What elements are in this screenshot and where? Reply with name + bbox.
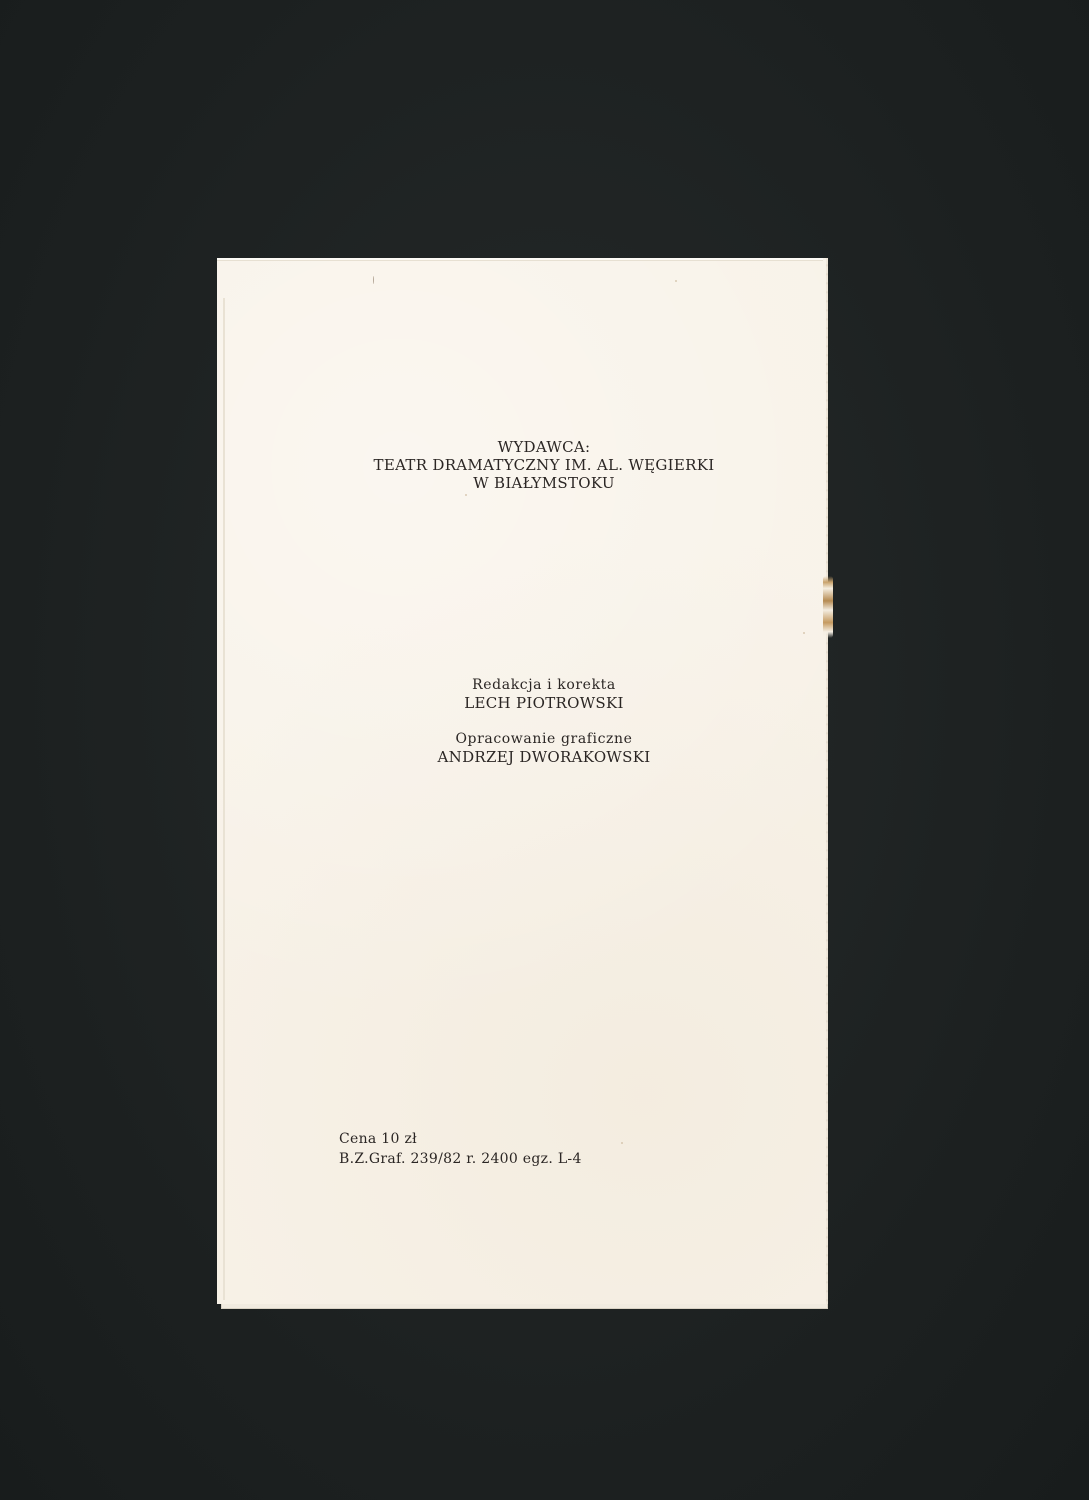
page-left-edge [223, 298, 225, 1300]
price-text: Cena 10 zł [339, 1129, 582, 1149]
publisher-name: TEATR DRAMATYCZNY IM. AL. WĘGIERKI [239, 456, 849, 474]
credit-editing: Redakcja i korekta LECH PIOTROWSKI [239, 676, 849, 712]
page-top-edge [217, 258, 823, 261]
paper-speck [803, 632, 805, 634]
paper-mark [373, 276, 374, 284]
publisher-heading: WYDAWCA: [239, 438, 849, 456]
credit-person: ANDRZEJ DWORAKOWSKI [239, 748, 849, 766]
imprint-block: Cena 10 zł B.Z.Graf. 239/82 r. 2400 egz.… [339, 1129, 582, 1169]
print-info-text: B.Z.Graf. 239/82 r. 2400 egz. L-4 [339, 1149, 582, 1169]
credit-role: Opracowanie graficzne [239, 730, 849, 748]
paper-speck [621, 1142, 623, 1144]
publisher-location: W BIAŁYMSTOKU [239, 474, 849, 492]
credit-graphic-design: Opracowanie graficzne ANDRZEJ DWORAKOWSK… [239, 730, 849, 766]
document-page: WYDAWCA: TEATR DRAMATYCZNY IM. AL. WĘGIE… [217, 258, 827, 1304]
credit-role: Redakcja i korekta [239, 676, 849, 694]
credit-person: LECH PIOTROWSKI [239, 694, 849, 712]
paper-speck [675, 280, 677, 282]
paper-speck [465, 494, 467, 496]
page-right-edge [826, 258, 828, 1304]
binding-staple-tear [823, 576, 833, 638]
publisher-block: WYDAWCA: TEATR DRAMATYCZNY IM. AL. WĘGIE… [239, 438, 849, 492]
